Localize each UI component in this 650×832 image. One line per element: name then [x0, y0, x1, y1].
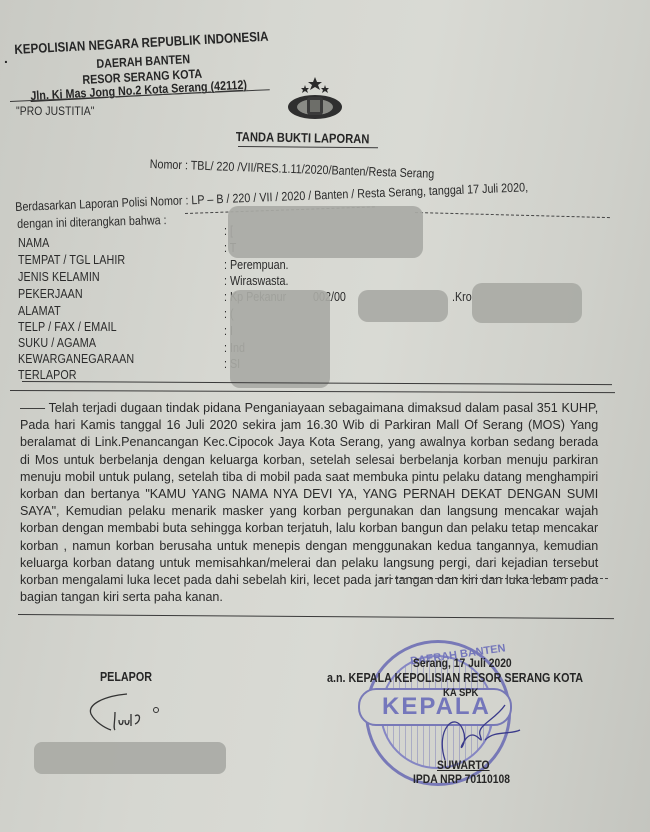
- fields-divider-bottom: [10, 390, 615, 393]
- field-label-terlapor: TERLAPOR: [18, 368, 77, 382]
- field-label-telp: TELP / FAX / EMAIL: [18, 320, 117, 334]
- pro-justitia: "PRO JUSTITIA": [16, 104, 94, 118]
- intro-dash-right: [415, 212, 610, 218]
- document-title: TANDA BUKTI LAPORAN: [236, 129, 370, 146]
- redaction-reporter-name: [34, 742, 226, 774]
- officer-name: SUWARTO: [437, 758, 490, 772]
- narrative-text: —— Telah terjadi dugaan tindak pidana Pe…: [20, 399, 598, 605]
- field-label-pekerjaan: PEKERJAAN: [18, 287, 83, 301]
- place-date: Serang, 17 Juli 2020: [413, 656, 512, 670]
- police-emblem-icon: [285, 75, 345, 123]
- field-label-nama: NAMA: [18, 236, 49, 250]
- document-number: Nomor : TBL/ 220 /VII/RES.1.11/2020/Bant…: [150, 157, 435, 181]
- narrative-divider: [18, 614, 614, 619]
- narrative-end-dash: [380, 578, 608, 579]
- redaction-name: [228, 206, 423, 258]
- officer-position: KA SPK: [443, 687, 478, 699]
- officer-rank-nrp: IPDA NRP 70110108: [413, 772, 510, 786]
- field-value-alamat-tail: .Kro: [452, 290, 472, 304]
- field-value-jenis-kelamin: : Perempuan.: [224, 258, 289, 272]
- field-label-kewarganegaraan: KEWARGANEGARAAN: [18, 352, 134, 366]
- field-label-alamat: ALAMAT: [18, 304, 61, 318]
- intro-line2: dengan ini diterangkan bahwa :: [17, 213, 167, 231]
- redaction-address-end: [472, 283, 582, 323]
- reporter-label: PELAPOR: [100, 670, 152, 684]
- incident-narrative: —— Telah terjadi dugaan tindak pidana Pe…: [20, 399, 598, 605]
- redaction-address-mid: [358, 290, 448, 322]
- on-behalf-of: a.n. KEPALA KEPOLISIAN RESOR SERANG KOTA: [327, 671, 583, 685]
- redaction-address-block: [230, 290, 330, 388]
- header-institution: KEPOLISIAN NEGARA REPUBLIK INDONESIA: [14, 29, 269, 57]
- reporter-signature: [85, 692, 165, 742]
- field-value-pekerjaan: : Wiraswasta.: [224, 274, 289, 288]
- bullet-dot: .: [4, 50, 8, 66]
- field-label-suku-agama: SUKU / AGAMA: [18, 336, 96, 350]
- field-label-jenis-kelamin: JENIS KELAMIN: [18, 270, 100, 284]
- title-underline: [238, 146, 378, 148]
- field-label-tempat-tgl-lahir: TEMPAT / TGL LAHIR: [18, 253, 125, 267]
